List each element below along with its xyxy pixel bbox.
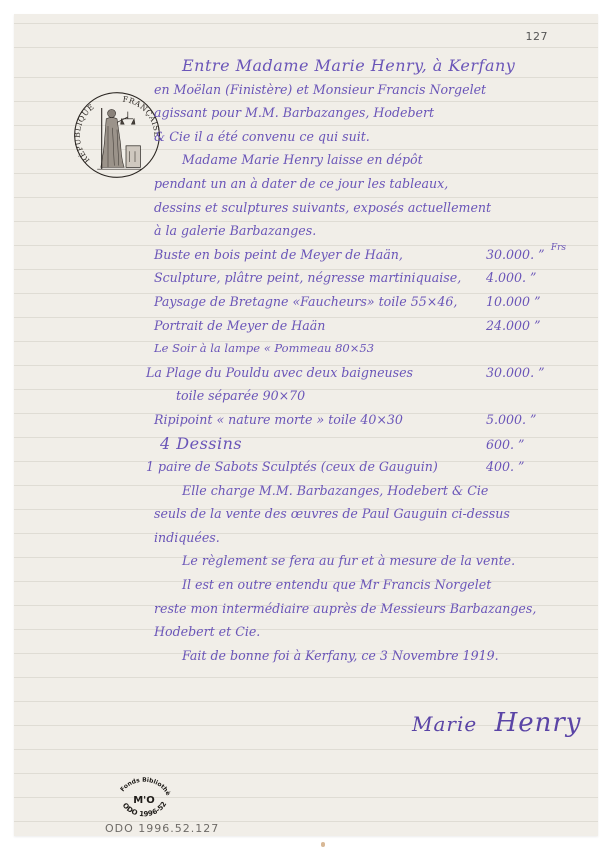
item-price: 30.000. ”: [480, 361, 580, 385]
text-line: Hodebert et Cie.: [154, 620, 580, 644]
list-item: Sculpture, plâtre peint, négresse martin…: [154, 266, 580, 290]
list-item: Paysage de Bretagne «Faucheurs» toile 55…: [154, 290, 580, 314]
signature-last-name: Henry: [495, 708, 582, 738]
list-item: 4 Dessins 600. ”: [154, 432, 580, 456]
text-line: & Cie il a été convenu ce qui suit.: [154, 125, 580, 149]
item-price: 24.000 ”: [480, 314, 580, 338]
currency-mark: Frs: [551, 237, 566, 261]
folio-number: 127: [526, 30, 549, 43]
item-price: 600. ”: [480, 433, 580, 457]
item-description: 1 paire de Sabots Sculptés (ceux de Gaug…: [146, 455, 480, 479]
svg-text:Fonds Bibliothèque: Fonds Bibliothèque: [109, 774, 172, 797]
museum-stamp-icon: Fonds Bibliothèque M'O ODO 1996-52: [109, 774, 179, 824]
list-item: Buste en bois peint de Meyer de Haän, 30…: [154, 243, 580, 267]
seal-text-left: RÉPUBLIQUE: [73, 102, 96, 165]
item-price: 10.000 ”: [480, 290, 580, 314]
list-item: Ripipoint « nature morte » toile 40×30 5…: [154, 408, 580, 432]
item-price: 4.000. ”: [480, 266, 580, 290]
republique-francaise-seal-icon: RÉPUBLIQUE FRANÇAISE: [72, 90, 162, 180]
item-description: 4 Dessins: [154, 432, 480, 456]
text-line: Elle charge M.M. Barbazanges, Hodebert &…: [154, 479, 580, 503]
stamp-center-text: M'O: [133, 795, 155, 806]
list-item: La Plage du Pouldu avec deux baigneuses …: [146, 361, 580, 385]
text-line: Madame Marie Henry laisse en dépôt: [154, 148, 580, 172]
item-description: La Plage du Pouldu avec deux baigneuses: [146, 361, 480, 385]
item-description: Sculpture, plâtre peint, négresse martin…: [154, 266, 480, 290]
item-price: 5.000. ”: [480, 408, 580, 432]
paper-stain: [321, 842, 325, 847]
svg-text:RÉPUBLIQUE: RÉPUBLIQUE: [73, 102, 96, 165]
text-line: dessins et sculptures suivants, exposés …: [154, 196, 580, 220]
text-line: agissant pour M.M. Barbazanges, Hodebert: [154, 101, 580, 125]
handwritten-contract: Entre Madame Marie Henry, à Kerfany en M…: [154, 54, 580, 667]
text-line: Le règlement se fera au fur et à mesure …: [154, 549, 580, 573]
text-line: seuls de la vente des œuvres de Paul Gau…: [154, 502, 580, 526]
artwork-list: Frs Buste en bois peint de Meyer de Haän…: [154, 243, 580, 479]
item-description: Ripipoint « nature morte » toile 40×30: [154, 408, 480, 432]
signature-first-name: Marie: [412, 712, 477, 736]
inventory-number: ODO 1996.52.127: [105, 822, 219, 835]
stamp-top-text: Fonds Bibliothèque: [109, 774, 172, 797]
item-description: toile séparée 90×70: [176, 384, 480, 408]
closing-line: Fait de bonne foi à Kerfany, ce 3 Novemb…: [154, 644, 580, 668]
text-line: Entre Madame Marie Henry, à Kerfany: [154, 54, 580, 78]
document-page: 127 RÉPUBLIQUE FRANÇAISE: [14, 14, 598, 836]
signature: Marie Henry: [412, 708, 582, 738]
item-description: Paysage de Bretagne «Faucheurs» toile 55…: [154, 290, 480, 314]
text-line: reste mon intermédiaire auprès de Messie…: [154, 597, 580, 621]
text-line: en Moëlan (Finistère) et Monsieur Franci…: [154, 78, 580, 102]
list-item: toile séparée 90×70: [154, 384, 580, 408]
item-description: Le Soir à la lampe « Pommeau 80×53: [154, 337, 480, 361]
text-line: Il est en outre entendu que Mr Francis N…: [154, 573, 580, 597]
text-line: à la galerie Barbazanges.: [154, 219, 580, 243]
list-item: Portrait de Meyer de Haän 24.000 ”: [154, 314, 580, 338]
list-item: Le Soir à la lampe « Pommeau 80×53: [154, 337, 580, 361]
item-description: Portrait de Meyer de Haän: [154, 314, 480, 338]
item-price: 400. ”: [480, 455, 580, 479]
text-line: pendant un an à dater de ce jour les tab…: [154, 172, 580, 196]
list-item: 1 paire de Sabots Sculptés (ceux de Gaug…: [146, 455, 580, 479]
text-line: indiquées.: [154, 526, 580, 550]
item-description: Buste en bois peint de Meyer de Haän,: [154, 243, 480, 267]
